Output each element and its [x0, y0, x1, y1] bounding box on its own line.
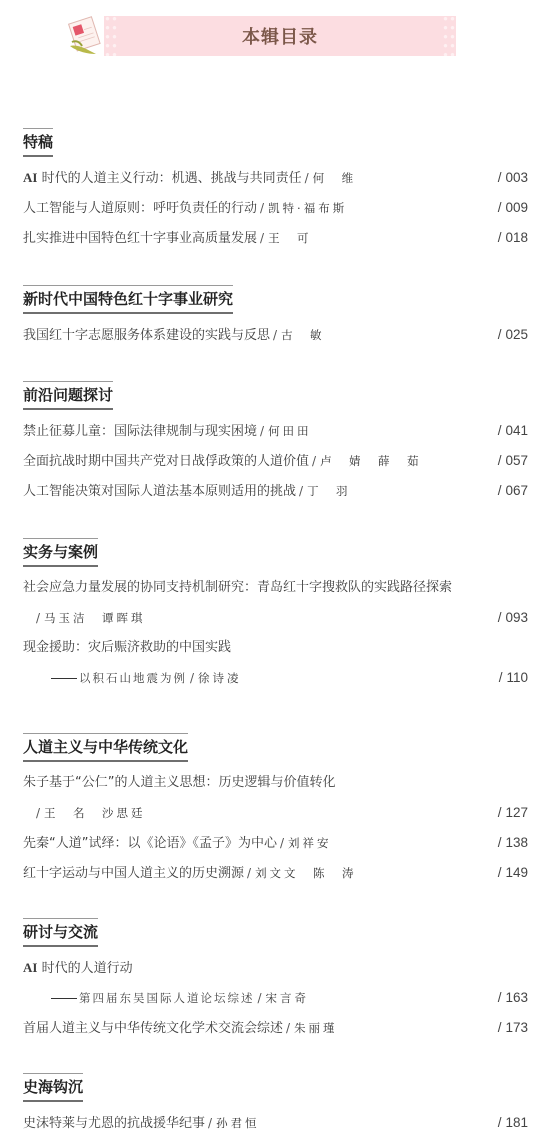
entry-title: 人工智能决策对国际人道法基本原则适用的挑战	[23, 484, 296, 499]
section-heading: 人道主义与中华传统文化	[23, 733, 188, 762]
slash-separator: /	[299, 484, 303, 498]
page-number: 110	[506, 670, 528, 685]
entry-page: /181	[498, 1108, 528, 1138]
page-number: 163	[505, 990, 528, 1005]
page-number: 093	[505, 610, 528, 625]
entry-title: 史沫特莱与尤恩的抗战援华纪事	[23, 1116, 205, 1131]
entry-page: /025	[498, 320, 528, 350]
entry-author: 马玉洁 谭晖琪	[44, 611, 146, 625]
toc-entry[interactable]: 我国红十字志愿服务体系建设的实践与反思/古 敏 /025	[23, 320, 528, 350]
entry-author: 何田田	[268, 424, 312, 438]
toc-entry-title-line[interactable]: 朱子基于“公仁”的人道主义思想：历史逻辑与价值转化	[23, 768, 528, 798]
entry-page: /163	[498, 983, 528, 1013]
section-new-era-red-cross: 新时代中国特色红十字事业研究 我国红十字志愿服务体系建设的实践与反思/古 敏 /…	[23, 285, 528, 350]
entry-title: 红十字运动与中国人道主义的历史溯源	[23, 866, 244, 881]
entry-author: 孙君恒	[216, 1116, 260, 1130]
toc-entry[interactable]: 扎实推进中国特色红十字事业高质量发展/王 可 /018	[23, 223, 528, 253]
entry-author: 刘文文 陈 涛	[255, 866, 357, 880]
toc-entry-author-line[interactable]: /马玉洁 谭晖琪 /093	[23, 603, 528, 633]
entry-title: 时代的人道行动	[37, 961, 132, 976]
page-number: 057	[505, 453, 528, 468]
page-number: 181	[505, 1115, 528, 1130]
slash-separator: /	[305, 171, 309, 185]
entry-title: 人工智能与人道原则：呼吁负责任的行动	[23, 201, 257, 216]
entry-title: 我国红十字志愿服务体系建设的实践与反思	[23, 328, 270, 343]
page-number: 127	[505, 805, 528, 820]
slash-separator: /	[260, 201, 264, 215]
page-number: 138	[505, 835, 528, 850]
entry-author: 丁 羽	[307, 484, 351, 498]
toc-header: 本辑目录	[62, 14, 456, 58]
entry-author: 何 维	[313, 171, 357, 185]
section-heading: 实务与案例	[23, 538, 98, 567]
section-frontier-issues: 前沿问题探讨 禁止征募儿童：国际法律规制与现实困境/何田田 /041 全面抗战时…	[23, 381, 528, 506]
page-number: 173	[505, 1020, 528, 1035]
entry-page: /127	[498, 798, 528, 828]
entry-subtitle: 以积石山地震为例	[79, 671, 187, 685]
entry-page: /018	[498, 223, 528, 253]
page-number: 009	[505, 200, 528, 215]
section-heading: 特稿	[23, 128, 53, 157]
page-number: 003	[505, 170, 528, 185]
entry-page: /149	[498, 858, 528, 888]
slash-separator: /	[312, 454, 316, 468]
entry-title: 禁止征募儿童：国际法律规制与现实困境	[23, 424, 257, 439]
toc-entry[interactable]: 红十字运动与中国人道主义的历史溯源/刘文文 陈 涛 /149	[23, 858, 528, 888]
toc-entry[interactable]: 首届人道主义与中华传统文化学术交流会综述/朱丽瑾 /173	[23, 1013, 528, 1043]
entry-title-prefix: AI	[23, 170, 37, 185]
entry-page: /110	[499, 663, 528, 693]
entry-author: 古 敏	[281, 328, 325, 342]
entry-author: 刘祥安	[288, 836, 332, 850]
entry-page: /173	[498, 1013, 528, 1043]
slash-separator: /	[208, 1116, 212, 1130]
em-dash	[51, 998, 77, 999]
toc-entry[interactable]: 史沫特莱与尤恩的抗战援华纪事/孙君恒 /181	[23, 1108, 528, 1138]
slash-separator: /	[258, 991, 262, 1005]
entry-title: 首届人道主义与中华传统文化学术交流会综述	[23, 1021, 283, 1036]
entry-author: 凯特·福布斯	[268, 201, 347, 215]
entry-title: 先秦“人道”试绎：以《论语》《孟子》为中心	[23, 836, 277, 851]
entry-author: 王 名 沙思廷	[44, 806, 146, 820]
entry-page: /093	[498, 603, 528, 633]
slash-separator: /	[190, 671, 194, 685]
entry-title: 扎实推进中国特色红十字事业高质量发展	[23, 231, 257, 246]
slash-separator: /	[260, 231, 264, 245]
entry-author: 卢 婧 薛 茹	[320, 454, 422, 468]
section-heading: 新时代中国特色红十字事业研究	[23, 285, 233, 314]
entry-author: 徐诗凌	[198, 671, 242, 685]
slash-separator: /	[36, 806, 40, 820]
toc-entry-author-line[interactable]: /王 名 沙思廷 /127	[23, 798, 528, 828]
toc-entry[interactable]: 人工智能与人道原则：呼吁负责任的行动/凯特·福布斯 /009	[23, 193, 528, 223]
page-number: 041	[505, 423, 528, 438]
entry-page: /067	[498, 476, 528, 506]
toc-entry[interactable]: 全面抗战时期中国共产党对日战俘政策的人道价值/卢 婧 薛 茹 /057	[23, 446, 528, 476]
entry-page: /009	[498, 193, 528, 223]
entry-title: 全面抗战时期中国共产党对日战俘政策的人道价值	[23, 454, 309, 469]
section-practice-cases: 实务与案例 社会应急力量发展的协同支持机制研究：青岛红十字搜救队的实践路径探索 …	[23, 538, 528, 693]
slash-separator: /	[260, 424, 264, 438]
page-number: 018	[505, 230, 528, 245]
entry-title: 社会应急力量发展的协同支持机制研究：青岛红十字搜救队的实践路径探索	[23, 580, 452, 595]
page-number: 025	[505, 327, 528, 342]
toc-entry[interactable]: 禁止征募儿童：国际法律规制与现实困境/何田田 /041	[23, 416, 528, 446]
slash-separator: /	[280, 836, 284, 850]
section-heading: 前沿问题探讨	[23, 381, 113, 410]
entry-title-prefix: AI	[23, 960, 37, 975]
entry-author: 宋言奇	[266, 991, 310, 1005]
toc-entry-subtitle-line[interactable]: 第四届东吴国际人道论坛综述/宋言奇 /163	[23, 983, 528, 1013]
entry-page: /041	[498, 416, 528, 446]
page-number: 149	[505, 865, 528, 880]
toc-banner: 本辑目录	[104, 16, 456, 56]
section-special: 特稿 AI 时代的人道主义行动：机遇、挑战与共同责任/何 维 /003 人工智能…	[23, 128, 528, 253]
em-dash	[51, 678, 77, 679]
entry-author: 王 可	[268, 231, 312, 245]
slash-separator: /	[247, 866, 251, 880]
toc-entry-title-line[interactable]: 社会应急力量发展的协同支持机制研究：青岛红十字搜救队的实践路径探索	[23, 573, 528, 603]
entry-author: 朱丽瑾	[294, 1021, 338, 1035]
section-heading: 研讨与交流	[23, 918, 98, 947]
entry-page: /003	[498, 163, 528, 193]
entry-title: 朱子基于“公仁”的人道主义思想：历史逻辑与价值转化	[23, 775, 335, 790]
section-seminar-exchange: 研讨与交流 AI 时代的人道行动 第四届东吴国际人道论坛综述/宋言奇 /163 …	[23, 918, 528, 1043]
page-number: 067	[505, 483, 528, 498]
toc-entry[interactable]: 人工智能决策对国际人道法基本原则适用的挑战/丁 羽 /067	[23, 476, 528, 506]
toc-entry-subtitle-line[interactable]: 以积石山地震为例/徐诗凌 /110	[23, 663, 528, 693]
slash-separator: /	[286, 1021, 290, 1035]
entry-page: /057	[498, 446, 528, 476]
slash-separator: /	[36, 611, 40, 625]
slash-separator: /	[273, 328, 277, 342]
toc-entry[interactable]: AI 时代的人道主义行动：机遇、挑战与共同责任/何 维 /003	[23, 163, 528, 193]
toc-entry-title-line[interactable]: 现金援助：灾后赈济救助的中国实践	[23, 633, 528, 663]
section-humanitarianism-tradition: 人道主义与中华传统文化 朱子基于“公仁”的人道主义思想：历史逻辑与价值转化 /王…	[23, 733, 528, 888]
toc-entry-title-line[interactable]: AI 时代的人道行动	[23, 953, 528, 983]
entry-subtitle: 第四届东吴国际人道论坛综述	[79, 991, 255, 1005]
entry-title: 时代的人道主义行动：机遇、挑战与共同责任	[37, 171, 301, 186]
section-heading: 史海钩沉	[23, 1073, 83, 1102]
toc-entry[interactable]: 先秦“人道”试绎：以《论语》《孟子》为中心/刘祥安 /138	[23, 828, 528, 858]
page-title: 本辑目录	[242, 23, 318, 49]
entry-page: /138	[498, 828, 528, 858]
section-history: 史海钩沉 史沫特莱与尤恩的抗战援华纪事/孙君恒 /181	[23, 1073, 528, 1138]
entry-title: 现金援助：灾后赈济救助的中国实践	[23, 640, 231, 655]
stamp-letter-icon	[64, 16, 104, 58]
